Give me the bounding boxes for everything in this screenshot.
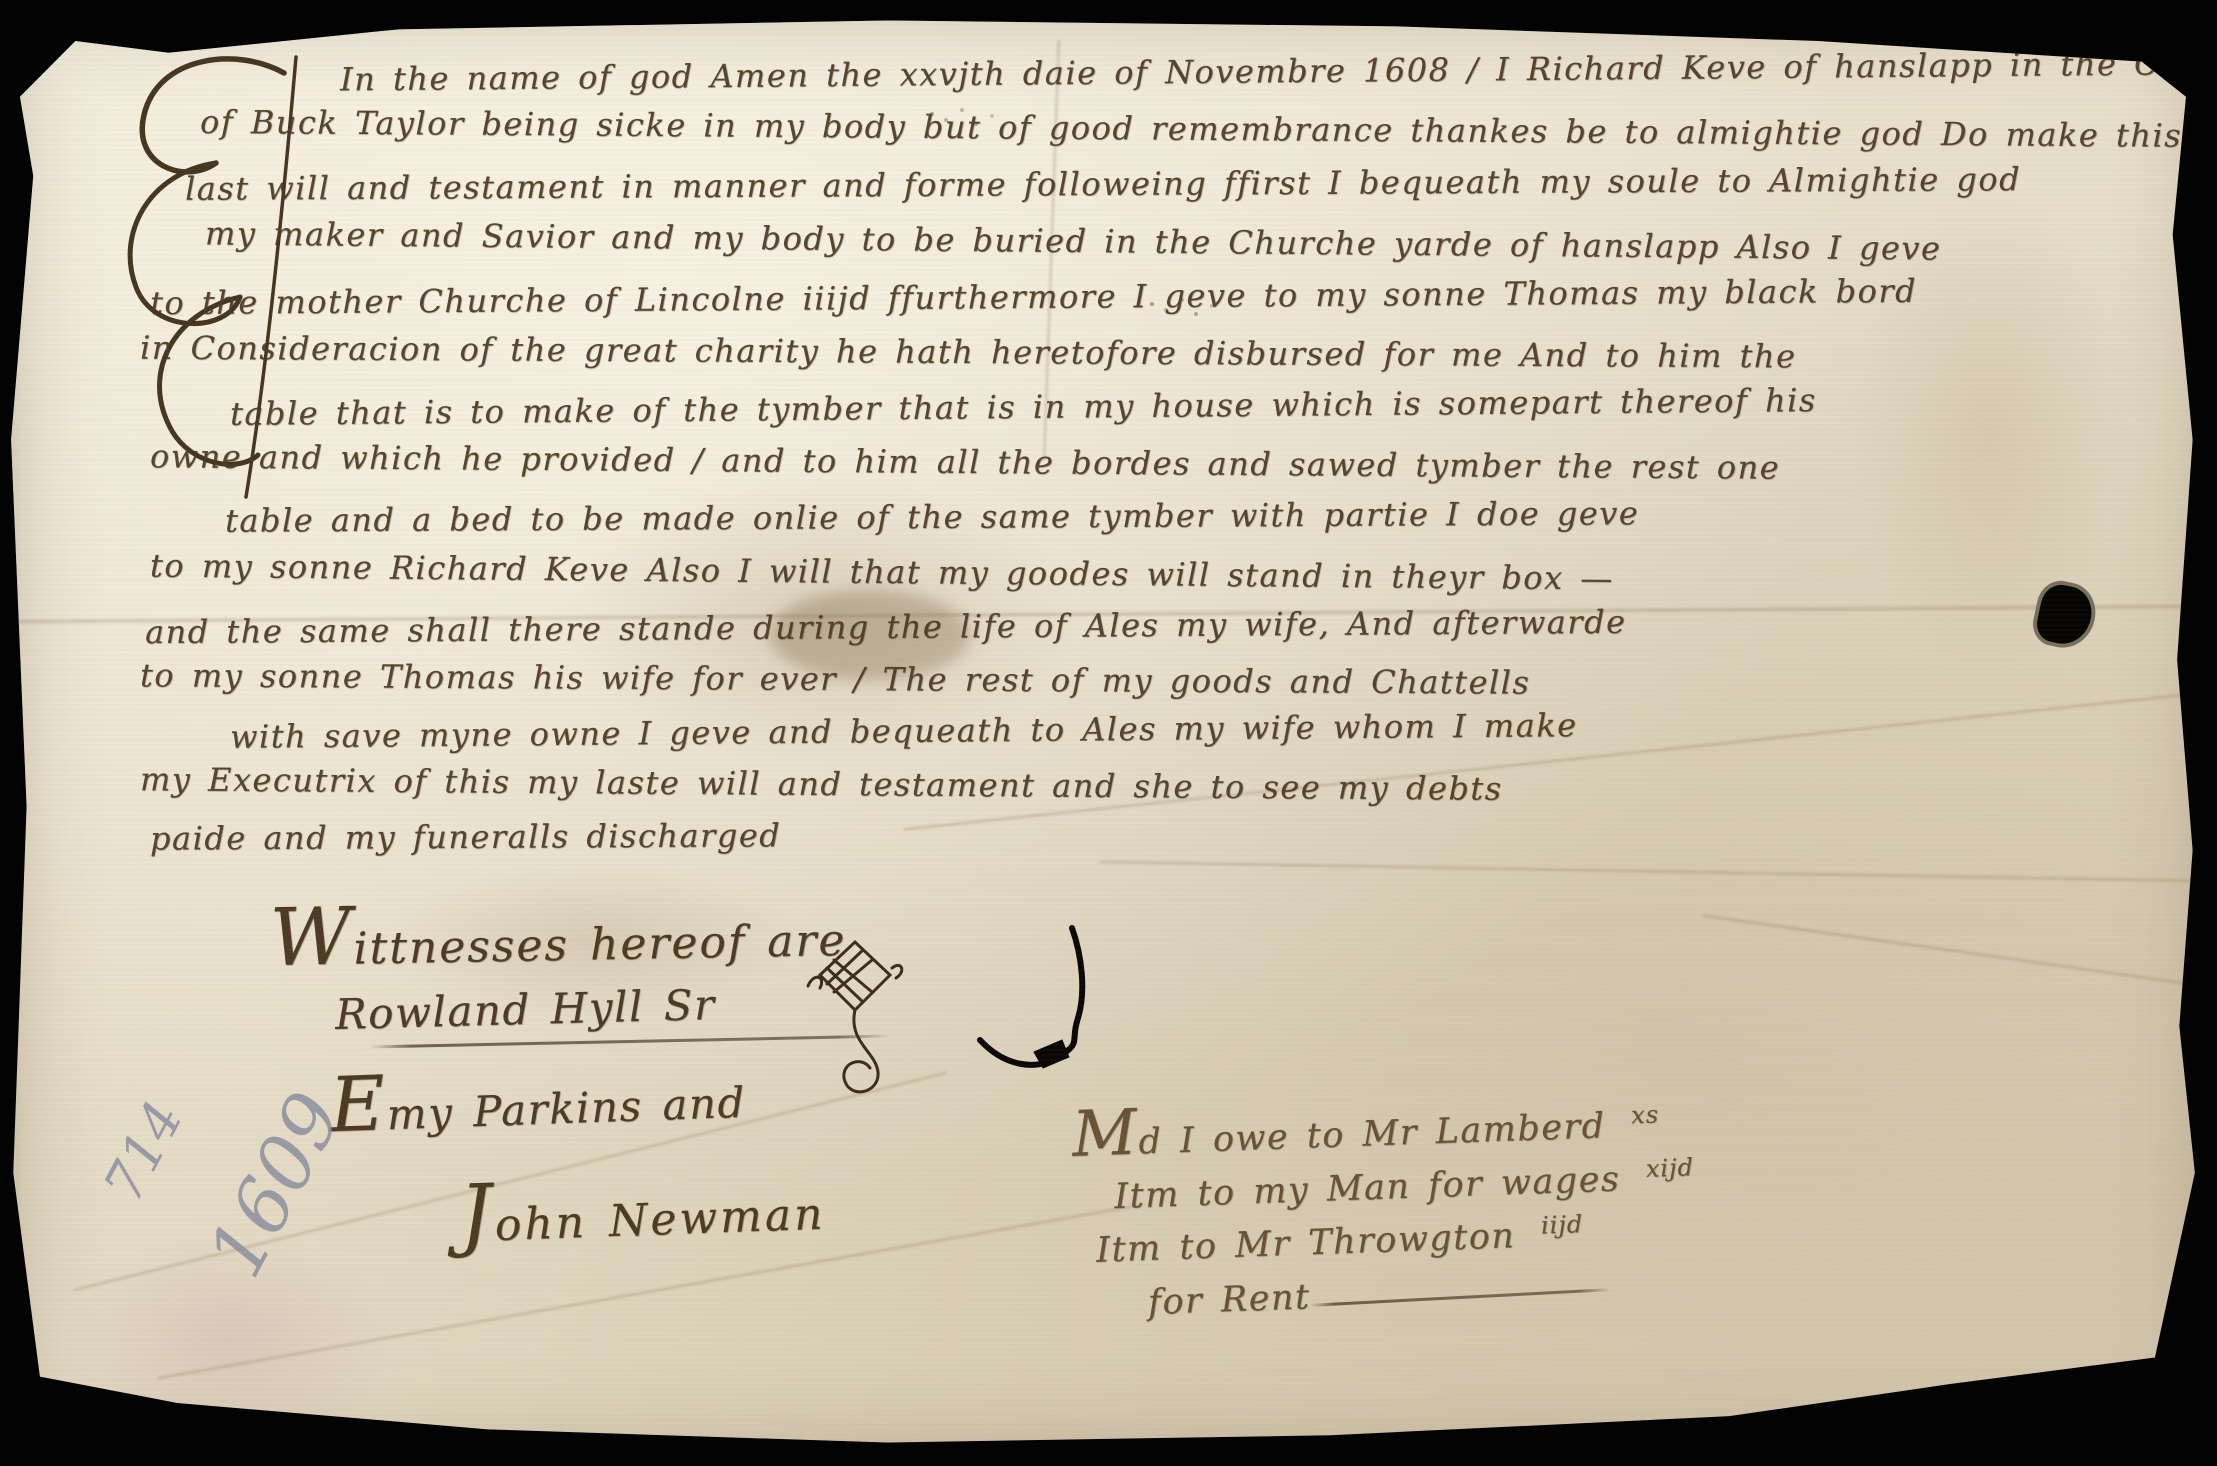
- memo-amount: xs: [1631, 1100, 1660, 1129]
- witness-signature-john-newman: John Newman: [459, 1189, 826, 1253]
- fold-crease: [0, 604, 2217, 623]
- paper-stain: [560, 470, 1080, 770]
- knot-flourish-mark-icon: [800, 930, 910, 1110]
- ink-speckles: [930, 112, 934, 116]
- manuscript-line: to the mother Churche of Lincolne iiijd …: [150, 272, 1917, 322]
- manuscript-line: In the name of god Amen the xxvjth daie …: [340, 44, 2217, 99]
- manuscript-line: my Executrix of this my laste will and t…: [140, 760, 1503, 808]
- memo-text: Itm to my Man for wages: [1114, 1159, 1621, 1217]
- manuscript-line: my maker and Savior and my body to be bu…: [205, 214, 1942, 267]
- memoranda-block: Md I owe to Mr Lamberdxs Itm to my Man f…: [1072, 1099, 1699, 1325]
- memo-text: Md I owe to Mr Lamberd: [1072, 1106, 1606, 1165]
- fold-crease: [157, 1203, 1142, 1380]
- memo-line: Md I owe to Mr Lamberdxs: [1072, 1099, 1693, 1164]
- witness-name-rowland-hyll: Rowland Hyll Sr: [334, 980, 716, 1039]
- paper-stain: [380, 860, 800, 1020]
- paper-stain: [770, 590, 970, 680]
- rent-underline-flourish: [1310, 1288, 1610, 1307]
- manuscript-line: with save myne owne I geve and bequeath …: [230, 706, 1578, 756]
- paper-stain: [60, 1230, 400, 1450]
- paper-stain: [1850, 180, 2130, 680]
- photograph-background: In the name of god Amen the xxvjth daie …: [0, 0, 2217, 1466]
- fold-crease: [73, 1071, 947, 1292]
- manuscript-line: table that is to make of the tymber that…: [230, 381, 1817, 433]
- manuscript-line: in Consideracion of the great charity he…: [140, 329, 1797, 376]
- witness-name-parkins: Emy Parkins and: [329, 1078, 746, 1141]
- manuscript-line: to my sonne Thomas his wife for ever / T…: [140, 656, 1531, 701]
- memo-line: for Rent: [1147, 1260, 1698, 1323]
- ink-speckles: [1150, 302, 1154, 306]
- fold-crease: [1702, 914, 2214, 989]
- manuscript-line: and the same shall there stande during t…: [145, 603, 1627, 651]
- memo-amount: xijd: [1645, 1153, 1694, 1183]
- memo-amount: [1336, 1273, 1337, 1301]
- opening-initial-flourish-icon: [88, 45, 328, 515]
- fold-crease: [903, 692, 2196, 831]
- memo-text: Itm to Mr Throwgton: [1095, 1216, 1516, 1271]
- fold-crease: [1100, 860, 2217, 882]
- pencil-year-annotation: 1609: [190, 1078, 359, 1291]
- fold-crease: [1043, 40, 1061, 460]
- manuscript-line: of Buck Taylor being sicke in my body bu…: [200, 103, 2217, 155]
- manuscript-paper: In the name of god Amen the xxvjth daie …: [0, 0, 2217, 1466]
- memo-amount: iijd: [1540, 1210, 1583, 1239]
- memo-line: Itm to Mr Throwgtoniijd: [1095, 1206, 1696, 1271]
- manuscript-line: paide and my funeralls discharged: [150, 816, 781, 857]
- paper-hole: [2029, 576, 2101, 653]
- witness-heading: Wittnesses hereof are: [270, 915, 847, 976]
- manuscript-line: to my sonne Richard Keve Also I will tha…: [150, 547, 1614, 598]
- memo-line: Itm to my Man for wagesxijd: [1113, 1153, 1694, 1217]
- pencil-shelf-number: 714: [92, 1091, 196, 1212]
- paper-tear: [970, 920, 1160, 1130]
- manuscript-line: owne and which he provided / and to him …: [150, 437, 1780, 486]
- memo-text: for Rent: [1147, 1277, 1311, 1323]
- signature-underline-flourish: [370, 1035, 890, 1049]
- manuscript-line: table and a bed to be made onlie of the …: [225, 494, 1639, 539]
- manuscript-line: last will and testament in manner and fo…: [185, 160, 2021, 208]
